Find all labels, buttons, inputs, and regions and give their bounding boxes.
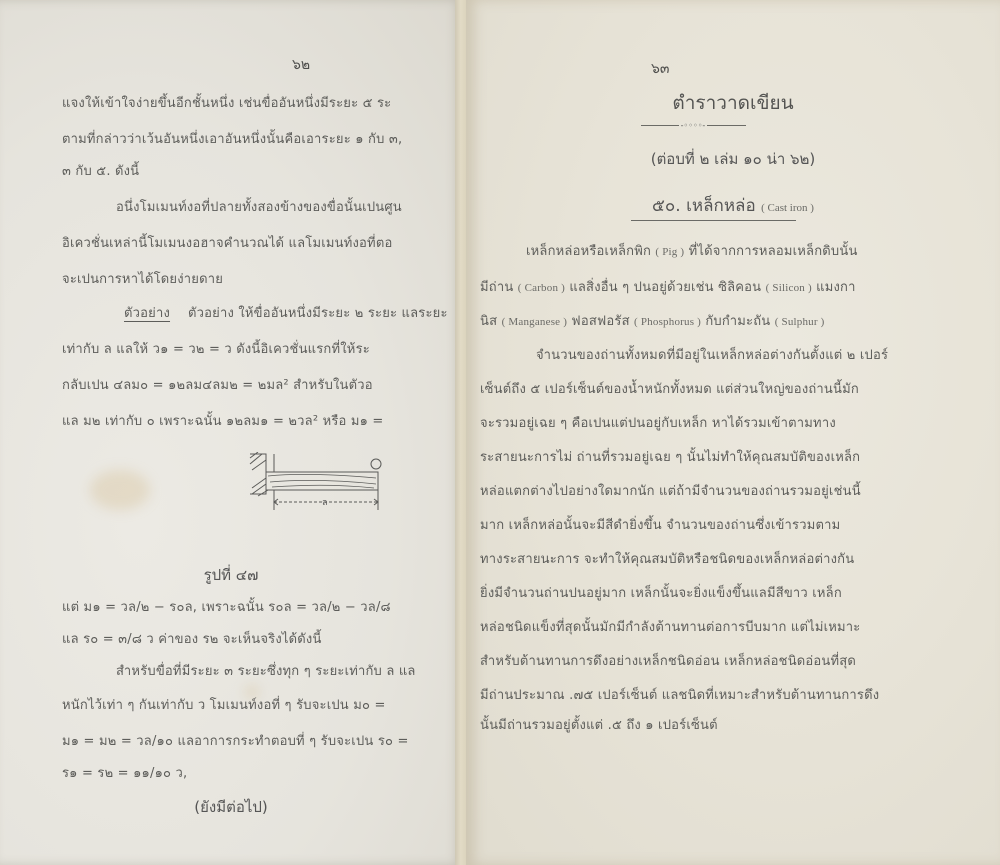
section-number: ๕๐.	[652, 196, 681, 216]
text-line: เซ็นต์ถึง ๕ เปอร์เซ็นต์ของน้ำหนักทั้งหมด…	[480, 378, 859, 399]
text-line: ตัวอย่าง ให้ขื่ออันหนึ่งมีระยะ ๒ ระยะ แล…	[124, 302, 448, 323]
equation-line: ร๑ = ร๒ = ๑๑/๑๐ ว,	[62, 762, 187, 783]
text-line: มีถ่าน ( Carbon ) แลสิ่งอื่น ๆ ปนอยู่ด้ว…	[480, 276, 856, 297]
span-label: ล	[322, 498, 328, 508]
paper-stain	[90, 470, 150, 510]
text-line: หล่อชนิดแข็งที่สุดนั้นมักมีกำลังต้านทานต…	[480, 616, 860, 637]
equation-line: ม๑ = ม๒ = วล/๑๐ แลอาการกระทำตอบที่ ๆ รับ…	[62, 730, 409, 751]
text-line: เท่ากับ ล แลให้ ว๑ = ว๒ = ว ดังนี้อิเควช…	[62, 338, 370, 359]
figure-caption: รูปที่ ๔๗	[0, 563, 462, 587]
text-line: อิเควชั่นเหล่านี้โมเมนงอฮาจคำนวณได้ แลโม…	[62, 232, 392, 253]
section-title-english: ( Cast iron )	[761, 202, 814, 214]
text-line: นั้นมีถ่านรวมอยู่ตั้งแต่ .๕ ถึง ๑ เปอร์เ…	[480, 714, 718, 735]
equation-line: แต่ ม๑ = วล/๒ − ร๐ล, เพราะฉนั้น ร๐ล = วล…	[62, 596, 391, 617]
chapter-title: ตำราวาดเขียน	[466, 88, 1000, 118]
left-page: ๖๒ แจงให้เข้าใจง่ายขึ้นอีกชั้นหนึ่ง เช่น…	[0, 0, 462, 865]
text-line: อนึ่งโมเมนท์งอที่ปลายทั้งสองข้างของขื่อน…	[116, 196, 402, 217]
continuation-note: (ต่อบที่ ๒ เล่ม ๑๐ น่า ๖๒)	[466, 147, 1000, 171]
text-line: ตามที่กล่าวว่าเว้นอันหนึ่งเอาอันหนึ่งนั้…	[62, 128, 402, 149]
text-line: มาก เหล็กหล่อนั้นจะมีสีดำยิ่งขึ้น จำนวนข…	[480, 514, 840, 535]
text-line: จะรวมอยู่เฉย ๆ คือเปนแต่ปนอยู่กับเหล็ก ห…	[480, 412, 836, 433]
right-page: ๖๓ ตำราวาดเขียน -◦◦◦◦- (ต่อบที่ ๒ เล่ม ๑…	[466, 0, 1000, 865]
to-be-continued-note: (ยังมีต่อไป)	[0, 795, 462, 819]
beam-figure: ล	[248, 452, 388, 522]
equation-line: กลับเปน ๔ลม๐ = ๑๒ลม๔ลม๒ = ๒มล² สำหรับในต…	[62, 374, 373, 395]
text-line: เหล็กหล่อหรือเหล็กพิก ( Pig ) ที่ได้จากก…	[526, 240, 858, 261]
text-line: ระสายนะการไม่ ถ่านที่รวมอยู่เฉย ๆ นั้นไม…	[480, 446, 860, 467]
text-line: จำนวนของถ่านทั้งหมดที่มีอยู่ในเหล็กหล่อต…	[536, 344, 888, 365]
section-underline	[631, 220, 796, 221]
text-line: สำหรับต้านทานการดึงอย่างเหล็กชนิดอ่อน เห…	[480, 650, 856, 671]
text-line: ทางระสายนะการ จะทำให้คุณสมบัติหรือชนิดขอ…	[480, 548, 854, 569]
text-line: ยิ่งมีจำนวนถ่านปนอยู่มาก เหล็กนั้นจะยิ่ง…	[480, 582, 842, 603]
text-line: นิส ( Manganese ) ฟอสฟอรัส ( Phosphorus …	[480, 310, 825, 331]
text-line: จะเปนการหาได้โดยง่ายดาย	[62, 268, 223, 289]
text-line: สำหรับขื่อที่มีระยะ ๓ ระยะซึ่งทุก ๆ ระยะ…	[116, 660, 416, 681]
text-line: แจงให้เข้าใจง่ายขึ้นอีกชั้นหนึ่ง เช่นขื่…	[62, 92, 391, 113]
equation-line: แล ร๐ = ๓/๘ ว ค่าของ ร๒ จะเห็นจริงได้ดัง…	[62, 628, 322, 649]
text-line: หล่อแตกต่างไปอย่างใดมากนัก แต่ถ้ามีจำนวน…	[480, 480, 861, 501]
equation-line: แล ม๒ เท่ากับ ๐ เพราะฉนั้น ๑๒ลม๑ = ๒วล² …	[62, 410, 384, 431]
text-line: มีถ่านประมาณ .๗๕ เปอร์เซ็นต์ แลชนิดที่เห…	[480, 684, 879, 705]
text-line: ๓ กับ ๕. ดังนี้	[62, 160, 139, 181]
section-title-thai: เหล็กหล่อ	[686, 196, 756, 216]
ornament-divider: -◦◦◦◦-	[641, 122, 746, 130]
section-heading: ๕๐. เหล็กหล่อ ( Cast iron )	[466, 192, 1000, 219]
text-line: หนักไว้เท่า ๆ กันเท่ากับ ว โมเมนท์งอที่ …	[62, 694, 386, 715]
page-number: ๖๒	[292, 54, 310, 76]
page-number: ๖๓	[651, 58, 669, 80]
